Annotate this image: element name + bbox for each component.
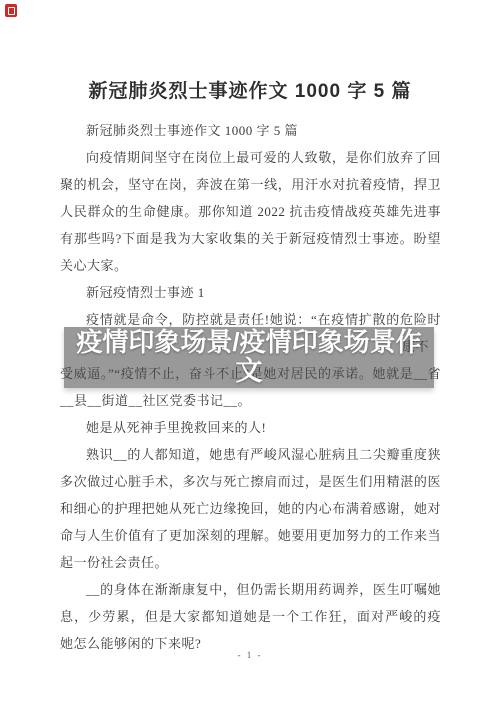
document-page: 新冠肺炎烈士事迹作文 1000 字 5 篇 新冠肺炎烈士事迹作文 1000 字 … xyxy=(0,0,500,706)
text-line: __的身体在渐渐康复中，但仍需长期用药调养，医生叮嘱她多体 xyxy=(60,576,441,603)
text-line: 她是从死神手里挽救回来的人! xyxy=(60,414,441,441)
text-line: 新冠肺炎烈士事迹作文 1000 字 5 篇 xyxy=(60,117,441,144)
text-line: 命与人生价值有了更加深刻的理解。她要用更加努力的工作来当担 xyxy=(60,522,441,549)
page-number: - 1 - xyxy=(0,650,500,660)
watermark-text-line1: 疫情印象场景/疫情印象场景作 xyxy=(64,328,434,357)
text-line: 和细心的护理把她从死亡边缘挽回，她的内心布满着感谢，她对生 xyxy=(60,495,441,522)
watermark-banner: 疫情印象场景/疫情印象场景作 文 xyxy=(64,327,434,388)
document-title: 新冠肺炎烈士事迹作文 1000 字 5 篇 xyxy=(0,76,500,103)
text-line: 新冠疫情烈士事迹 1 xyxy=(60,279,441,306)
text-line: 熟识__的人都知道，她患有严峻风湿心脏病且二尖瓣重度狭隘， xyxy=(60,441,441,468)
text-line: 息，少劳累，但是大家都知道她是一个工作狂，面对严峻的疫情， xyxy=(60,603,441,630)
red-flag-icon xyxy=(5,4,17,17)
text-line: __县__街道__社区党委书记__。 xyxy=(60,387,441,414)
text-line: 多次做过心脏手术，多次与死亡擦肩而过，是医生们用精湛的医术 xyxy=(60,468,441,495)
text-line: 关心大家。 xyxy=(60,252,441,279)
watermark-text-line2: 文 xyxy=(64,357,434,385)
text-line: 起一份社会责任。 xyxy=(60,549,441,576)
text-line: 聚的机会，坚守在岗，奔波在第一线，用汗水对抗着疫情，捍卫着 xyxy=(60,171,441,198)
text-line: 人民群众的生命健康。那你知道 2022 抗击疫情战疫英雄先进事迹都 xyxy=(60,198,441,225)
text-line: 向疫情期间坚守在岗位上最可爱的人致敬，是你们放弃了回家团 xyxy=(60,144,441,171)
text-line: 有那些吗?下面是我为大家收集的关于新冠疫情烈士事迹。盼望可以 xyxy=(60,225,441,252)
